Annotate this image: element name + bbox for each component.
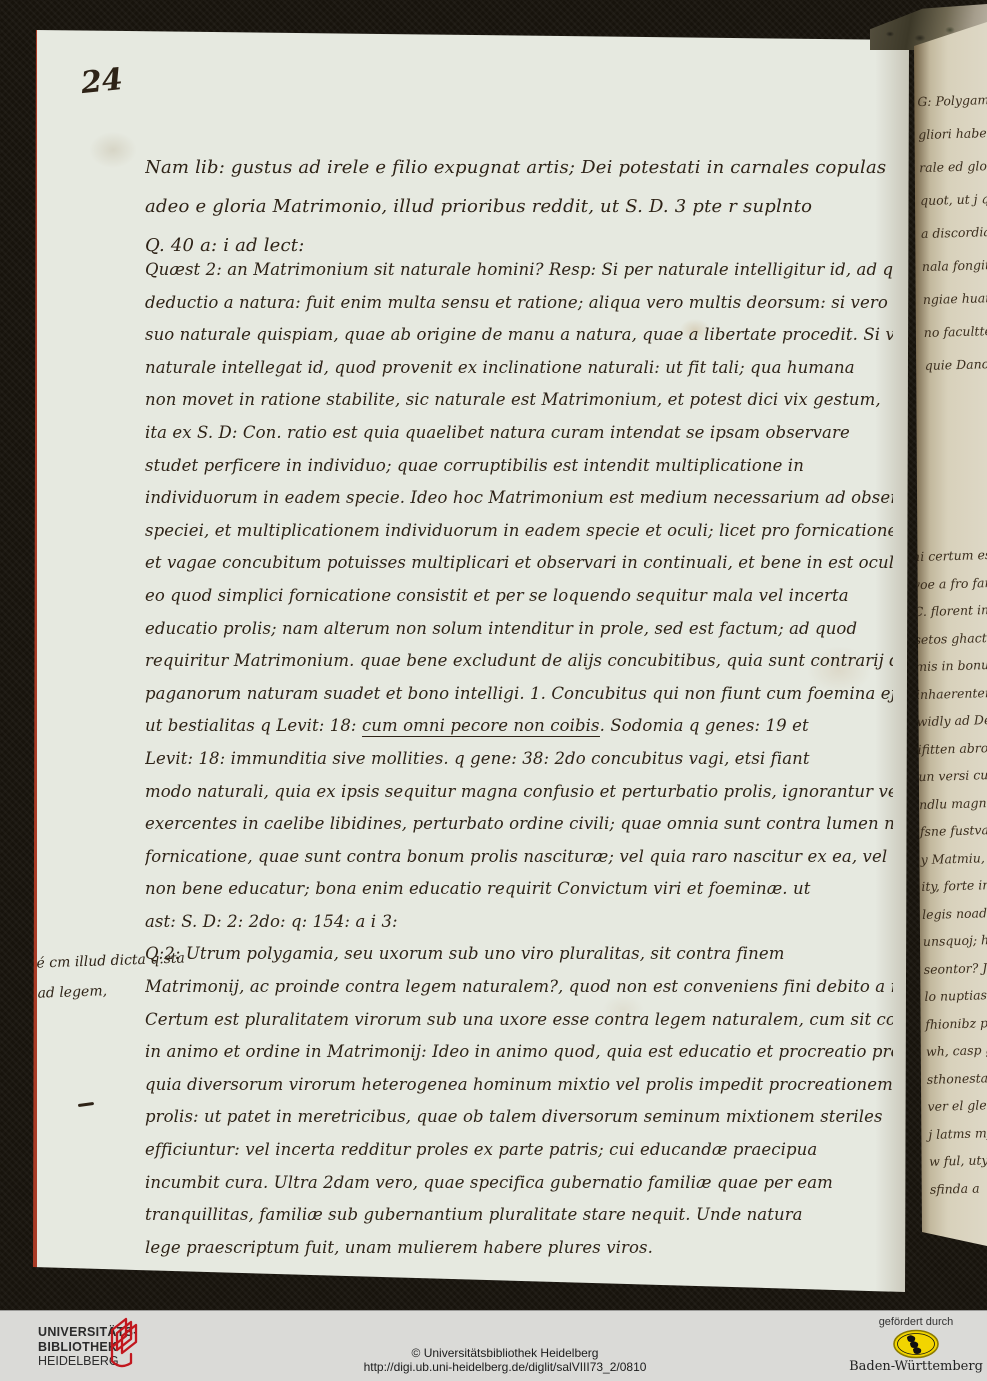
- next-page-line: ndlu magnum: [919, 788, 987, 818]
- manuscript-line: naturale intellegat id, quod provenit ex…: [145, 352, 893, 385]
- next-page-line: G: Polygamia: [917, 83, 987, 118]
- manuscript-line: individuorum in eadem specie. Ideo hoc M…: [145, 482, 893, 515]
- copyright-line: © Universitätsbibliothek Heidelberg: [255, 1347, 755, 1361]
- next-page-line: lo nuptias in: [924, 981, 987, 1011]
- funder-block: gefördert durch Baden-Württemberg: [845, 1316, 987, 1374]
- open-book-icon: [100, 1316, 142, 1372]
- next-page-line: C. florent in d: [913, 596, 987, 626]
- next-page-line: hi certum est: [912, 541, 987, 571]
- manuscript-line: et vagae concubitum potuisses multiplica…: [145, 547, 893, 580]
- next-page-line: j latms mfo: [928, 1118, 987, 1148]
- manuscript-line: exercentes in caelibe libidines, perturb…: [145, 808, 893, 841]
- manuscript-line: ita ex S. D: Con. ratio est quia quaelib…: [145, 417, 893, 450]
- next-page-text-fragments-top: G: Polygamiagliori habenti; urale ed glo…: [917, 83, 987, 382]
- manuscript-line: paganorum naturam suadet et bono intelli…: [145, 678, 893, 711]
- next-page-line: no facultten polyg: [923, 314, 987, 349]
- next-page-line: nala fongit prida: [921, 248, 987, 283]
- next-page-line: legis noad que: [922, 898, 987, 928]
- manuscript-line: Nam lib: gustus ad irele e filio expugna…: [145, 148, 893, 187]
- next-page-line: ifitten abroge: [917, 734, 987, 764]
- manuscript-line: tranquillitas, familiæ sub gubernantium …: [145, 1199, 893, 1232]
- baden-wuerttemberg-coat-of-arms-icon: [892, 1329, 940, 1359]
- manuscript-line: suo naturale quispiam, quae ab origine d…: [145, 319, 893, 352]
- scan-viewer-background: 24 Nam lib: gustus ad irele e filio expu…: [0, 0, 987, 1381]
- manuscript-line: ast: S. D: 2: 2do: q: 154: a i 3:: [145, 906, 893, 939]
- next-page-line: ity, forte in: [921, 871, 987, 901]
- next-page-line: setos ghactum: [914, 624, 987, 654]
- manuscript-intro-block: Nam lib: gustus ad irele e filio expugna…: [145, 148, 893, 265]
- next-page-line: w ful, uty: [929, 1146, 987, 1176]
- next-page-line: sfinda a: [929, 1173, 987, 1203]
- manuscript-line: incumbit cura. Ultra 2dam vero, quae spe…: [145, 1167, 893, 1200]
- manuscript-line: deductio a natura: fuit enim multa sensu…: [145, 287, 893, 320]
- manuscript-line: adeo e gloria Matrimonio, illud prioribu…: [145, 187, 893, 226]
- manuscript-line: prolis: ut patet in meretricibus, quae o…: [145, 1101, 893, 1134]
- manuscript-line: efficiuntur: vel incerta redditur proles…: [145, 1134, 893, 1167]
- next-page-line: a discordia, rixj: [921, 215, 987, 250]
- next-page-line: ver el glevati: [927, 1091, 987, 1121]
- underlined-phrase: cum omni pecore non coibis: [362, 716, 600, 737]
- manuscript-line: in animo et ordine in Matrimonij: Ideo i…: [145, 1036, 893, 1069]
- next-page-text-fragments-bottom: hi certum estvoe a fro farmC. florent in…: [912, 541, 987, 1203]
- next-page-line: seontor? Jud: [923, 953, 987, 983]
- next-page-line: sthonesta hud: [926, 1063, 987, 1093]
- next-page-line: y Matmiu, cum: [920, 843, 987, 873]
- margin-note-line: é cm illud dicta q.sta: [36, 943, 187, 978]
- manuscript-line: modo naturali, quia ex ipsis sequitur ma…: [145, 776, 893, 809]
- funder-name: Baden-Württemberg: [845, 1359, 987, 1374]
- next-page-line: rale ed glos lege: [919, 149, 987, 184]
- manuscript-line: ut bestialitas q Levit: 18: cum omni pec…: [145, 710, 893, 743]
- copyright-block: © Universitätsbibliothek Heidelberg http…: [255, 1347, 755, 1374]
- next-page-line: voe a fro farm: [913, 569, 987, 599]
- manuscript-line: educatio prolis; nam alterum non solum i…: [145, 613, 893, 646]
- margin-note: é cm illud dicta q.staad legem,: [36, 943, 188, 1008]
- manuscript-line: Q:2: Utrum polygamia, seu uxorum sub uno…: [145, 938, 893, 971]
- source-url: http://digi.ub.uni-heidelberg.de/diglit/…: [255, 1361, 755, 1375]
- next-page-line: unsquoj; hac: [923, 926, 987, 956]
- next-page-line: gliori habenti; u: [918, 116, 987, 151]
- next-page-line: wh, casp gha: [926, 1036, 987, 1066]
- manuscript-line: fornicatione, quae sunt contra bonum pro…: [145, 841, 893, 874]
- page-number: 24: [79, 62, 124, 101]
- manuscript-line: Certum est pluralitatem virorum sub una …: [145, 1004, 893, 1037]
- manuscript-line: requiritur Matrimonium. quae bene exclud…: [145, 645, 893, 678]
- next-page-line: fhionibz pavoj: [925, 1008, 987, 1038]
- manuscript-line: Levit: 18: immunditia sive mollities. q …: [145, 743, 893, 776]
- manuscript-line: non movet in ratione stabilite, sic natu…: [145, 384, 893, 417]
- manuscript-line: eo quod simplici fornicatione consistit …: [145, 580, 893, 613]
- library-footer-bar: UNIVERSITÄTS- BIBLIOTHEK HEIDELBERG © Un…: [0, 1310, 987, 1381]
- next-page-line: fsne fustva,: [919, 816, 987, 846]
- next-page-line: ngiae huai gra: [922, 281, 987, 316]
- next-page-line: inhaerenter fere: [916, 679, 987, 709]
- manuscript-line: quia diversorum virorum heterogenea homi…: [145, 1069, 893, 1102]
- manuscript-text-block: Quæst 2: an Matrimonium sit naturale hom…: [145, 254, 893, 1264]
- next-page-line: mis in bonum le: [915, 651, 987, 681]
- margin-dash-mark: [78, 1102, 94, 1107]
- manuscript-line: studet perficere in individuo; quae corr…: [145, 450, 893, 483]
- manuscript-line: lege praescriptum fuit, unam mulierem ha…: [145, 1232, 893, 1265]
- margin-note-line: ad legem,: [37, 973, 188, 1008]
- manuscript-line: Matrimonij, ac proinde contra legem natu…: [145, 971, 893, 1004]
- manuscript-line: speciei, et multiplicationem individuoru…: [145, 515, 893, 548]
- manuscript-line: Quæst 2: an Matrimonium sit naturale hom…: [145, 254, 893, 287]
- next-page-edge: G: Polygamiagliori habenti; urale ed glo…: [908, 14, 987, 1246]
- next-page-line: widly ad Dedit: [916, 706, 987, 736]
- manuscript-page: 24 Nam lib: gustus ad irele e filio expu…: [33, 30, 909, 1292]
- manuscript-line: non bene educatur; bona enim educatio re…: [145, 873, 893, 906]
- funded-by-label: gefördert durch: [845, 1316, 987, 1328]
- next-page-line: un versi cu n: [918, 761, 987, 791]
- next-page-line: quie Dano mimir: [924, 347, 987, 382]
- next-page-line: quot, ut j quae un: [920, 182, 987, 217]
